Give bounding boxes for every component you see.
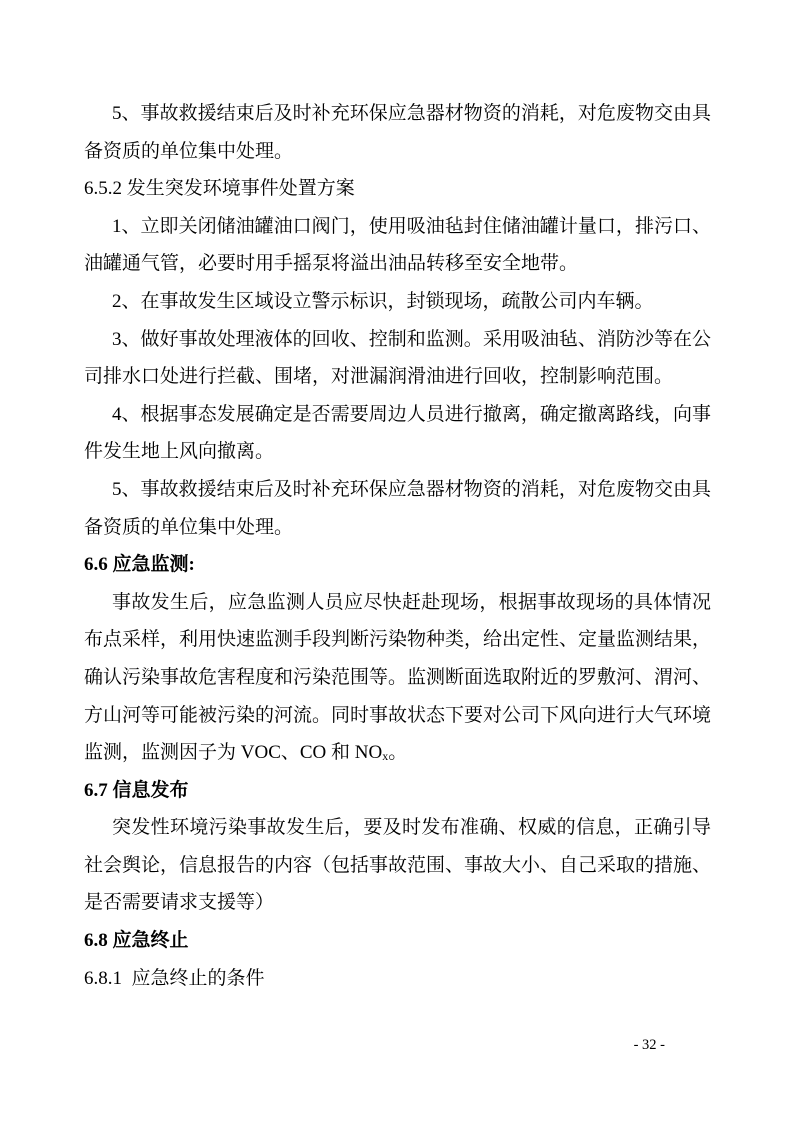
document-body: 5、事故救援结束后及时补充环保应急器材物资的消耗，对危废物交由具备资质的单位集中…	[84, 95, 711, 997]
text-run: 6.6 应急监测:	[84, 554, 195, 575]
text-run: 6.7 信息发布	[84, 780, 189, 801]
heading-6-7: 6.7 信息发布	[84, 772, 711, 810]
paragraph-item3: 3、做好事故处理液体的回收、控制和监测。采用吸油毡、消防沙等在公司排水口处进行拦…	[84, 321, 711, 396]
text-run: 4、根据事态发展确定是否需要周边人员进行撤离，确定撤离路线，向事件发生地上风向撤…	[84, 404, 711, 463]
text-run: 6.5.2 发生突发环境事件处置方案	[84, 178, 355, 199]
paragraph-item1: 1、立即关闭储油罐油口阀门，使用吸油毡封住储油罐计量口，排污口、油罐通气管，必要…	[84, 208, 711, 283]
text-run: 6.8 应急终止	[84, 930, 189, 951]
text-run: 3、做好事故处理液体的回收、控制和监测。采用吸油毡、消防沙等在公司排水口处进行拦…	[84, 329, 711, 388]
text-run: 5、事故救援结束后及时补充环保应急器材物资的消耗，对危废物交由具备资质的单位集中…	[84, 103, 711, 162]
text-run: 6.8.1 应急终止的条件	[84, 968, 265, 989]
paragraph-item5-repeat1: 5、事故救援结束后及时补充环保应急器材物资的消耗，对危废物交由具备资质的单位集中…	[84, 95, 711, 170]
text-run: 。	[388, 742, 407, 763]
paragraph-monitoring: 事故发生后，应急监测人员应尽快赶赴现场，根据事故现场的具体情况布点采样，利用快速…	[84, 584, 711, 772]
heading-6-6: 6.6 应急监测:	[84, 546, 711, 584]
text-run: 事故发生后，应急监测人员应尽快赶赴现场，根据事故现场的具体情况布点采样，利用快速…	[84, 592, 711, 763]
subheading-6-5-2: 6.5.2 发生突发环境事件处置方案	[84, 170, 711, 208]
text-run: 突发性环境污染事故发生后，要及时发布准确、权威的信息，正确引导社会舆论，信息报告…	[84, 817, 711, 913]
heading-6-8: 6.8 应急终止	[84, 922, 711, 960]
paragraph-item4: 4、根据事态发展确定是否需要周边人员进行撤离，确定撤离路线，向事件发生地上风向撤…	[84, 396, 711, 471]
paragraph-info-release: 突发性环境污染事故发生后，要及时发布准确、权威的信息，正确引导社会舆论，信息报告…	[84, 809, 711, 922]
text-run: 1、立即关闭储油罐油口阀门，使用吸油毡封住储油罐计量口，排污口、油罐通气管，必要…	[84, 216, 711, 275]
text-run: 2、在事故发生区域设立警示标识，封锁现场，疏散公司内车辆。	[112, 291, 654, 312]
page-number: - 32 -	[634, 1036, 665, 1054]
text-run: 5、事故救援结束后及时补充环保应急器材物资的消耗，对危废物交由具备资质的单位集中…	[84, 479, 711, 538]
paragraph-item2: 2、在事故发生区域设立警示标识，封锁现场，疏散公司内车辆。	[84, 283, 711, 321]
paragraph-item5-repeat2: 5、事故救援结束后及时补充环保应急器材物资的消耗，对危废物交由具备资质的单位集中…	[84, 471, 711, 546]
document-page: 5、事故救援结束后及时补充环保应急器材物资的消耗，对危废物交由具备资质的单位集中…	[0, 0, 793, 1122]
subheading-6-8-1: 6.8.1 应急终止的条件	[84, 960, 711, 998]
